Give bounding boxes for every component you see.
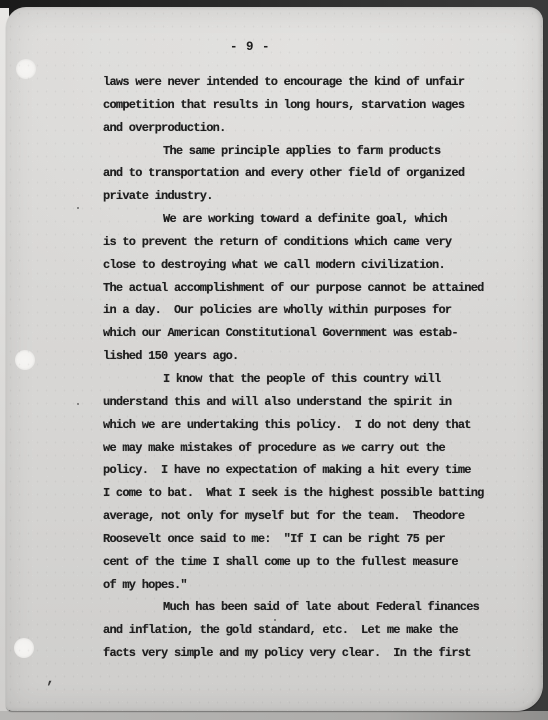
hole-punch — [15, 350, 35, 370]
text-line: cent of the time I shall come up to the … — [103, 551, 503, 574]
text-line: understand this and will also understand… — [103, 391, 503, 414]
text-line: Roosevelt once said to me: "If I can be … — [103, 528, 503, 551]
text-line: and inflation, the gold standard, etc. L… — [103, 619, 503, 642]
text-line: in a day. Our policies are wholly within… — [103, 299, 503, 322]
text-line: of my hopes." — [103, 574, 503, 597]
ink-speck — [77, 403, 79, 405]
ink-speck — [274, 619, 276, 621]
text-line: laws were never intended to encourage th… — [103, 71, 503, 94]
text-line: which our American Constitutional Govern… — [103, 322, 503, 345]
text-line: The actual accomplishment of our purpose… — [103, 277, 503, 300]
hole-punch — [16, 59, 36, 79]
ink-speck — [77, 207, 79, 209]
text-line: is to prevent the return of conditions w… — [103, 231, 503, 254]
page-number: - 9 - — [230, 40, 270, 54]
text-line: I know that the people of this country w… — [103, 368, 503, 391]
scanned-document: - 9 - laws were never intended to encour… — [0, 0, 548, 720]
text-line: I come to bat. What I seek is the highes… — [103, 482, 503, 505]
text-lines: laws were never intended to encourage th… — [103, 71, 503, 665]
text-line: we may make mistakes of procedure as we … — [103, 437, 503, 460]
text-line: The same principle applies to farm produ… — [103, 140, 503, 163]
text-line: We are working toward a definite goal, w… — [103, 208, 503, 231]
scan-backing-bottom — [0, 711, 548, 720]
stray-ink-mark: , — [46, 671, 55, 688]
text-line: which we are undertaking this policy. I … — [103, 414, 503, 437]
text-line: facts very simple and my policy very cle… — [103, 642, 503, 665]
text-line: and to transportation and every other fi… — [103, 162, 503, 185]
text-line: Much has been said of late about Federal… — [103, 596, 503, 619]
text-line: close to destroying what we call modern … — [103, 254, 503, 277]
text-line: competition that results in long hours, … — [103, 94, 503, 117]
text-line: private industry. — [103, 185, 503, 208]
text-line: lished 150 years ago. — [103, 345, 503, 368]
typewritten-page: - 9 - laws were never intended to encour… — [6, 7, 543, 711]
text-line: policy. I have no expectation of making … — [103, 459, 503, 482]
hole-punch — [14, 638, 34, 658]
text-line: and overproduction. — [103, 117, 503, 140]
text-line: average, not only for myself but for the… — [103, 505, 503, 528]
